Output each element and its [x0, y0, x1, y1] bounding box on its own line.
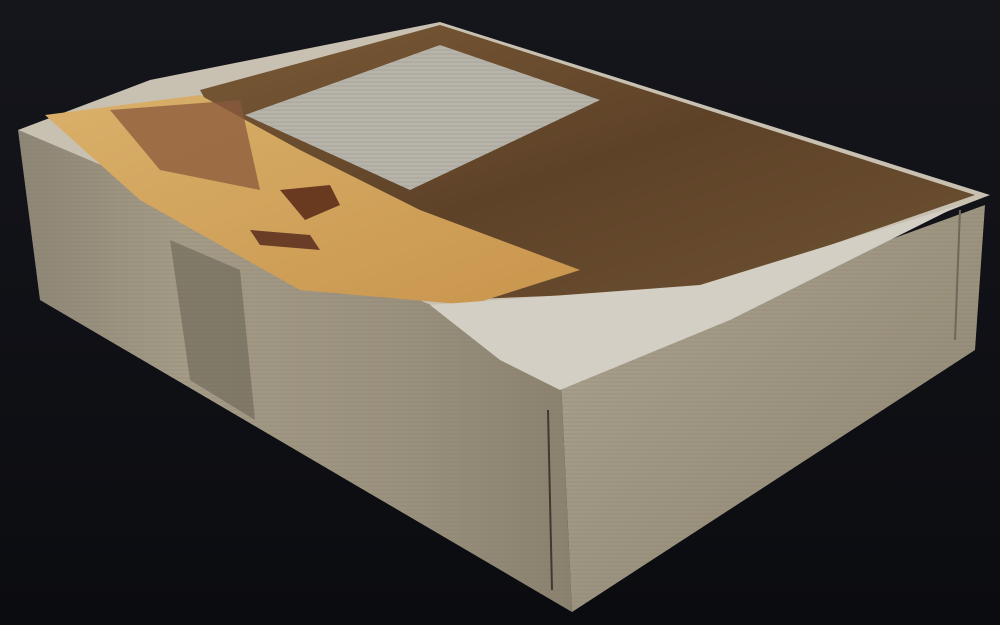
book-photo [0, 0, 1000, 625]
photo-scene [0, 0, 1000, 625]
